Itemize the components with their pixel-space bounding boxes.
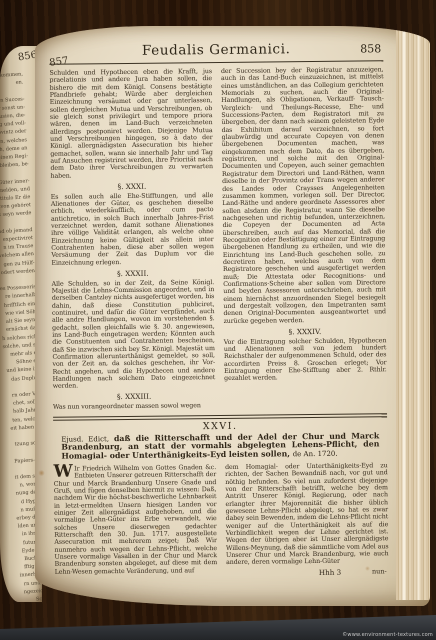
- upper-text-columns: Schulden und Hypothecen eben die Krafft,…: [49, 66, 387, 411]
- running-title: Feudalis Germanici.: [49, 40, 383, 59]
- section-heading-xxxii: §. XXXII.: [52, 268, 215, 279]
- watermark-text: ©www.environment-textures.com: [342, 632, 433, 638]
- page-fore-edge: [396, 30, 430, 600]
- lower-text-columns: WIr Friedrich Wilhelm von Gottes Gnaden …: [54, 462, 389, 579]
- page-header: 857 Feudalis Germanici. 858: [49, 40, 383, 60]
- paragraph: Vor die Eintragung solcher Schulden, Hyp…: [224, 337, 387, 383]
- page-content: 857 Feudalis Germanici. 858 Schulden und…: [49, 40, 389, 589]
- left-column: Schulden und Hypothecen eben die Krafft,…: [49, 68, 215, 411]
- page-footer: Hhh 3 nun-: [226, 567, 389, 578]
- paragraph: Was nun vorangeordneter massen sowol weg…: [53, 402, 216, 411]
- left-column-lower: WIr Friedrich Wilhelm von Gottes Gnaden …: [54, 464, 218, 580]
- edict-title-date: de An. 1720.: [293, 450, 338, 458]
- page-number-right: 858: [360, 42, 381, 55]
- paragraph: der Succession bey der Registratur anzuz…: [221, 66, 386, 325]
- section-heading-xxxi: §. XXXI.: [51, 181, 214, 192]
- body-left-text: Ir Friedrich Wilhelm von Gottes Gnaden &…: [54, 464, 217, 576]
- signature-mark: Hhh 3: [319, 568, 341, 577]
- book-photo-scene: 856 ion kommen,en. igen Succes-ller sons…: [0, 0, 436, 640]
- paragraph: WIr Friedrich Wilhelm von Gottes Gnaden …: [54, 464, 218, 576]
- header-rule: [49, 60, 383, 64]
- book-page: 857 Feudalis Germanici. 858 Schulden und…: [35, 26, 430, 606]
- catchword: nun-: [372, 567, 387, 575]
- section-heading-xxxiii: §. XXXIII.: [53, 391, 216, 402]
- paragraph: Schulden und Hypothecen eben die Krafft,…: [49, 68, 213, 180]
- right-column-lower: dem Homagial- oder Unterthänigkeits-Eyd …: [225, 462, 389, 578]
- paragraph: dem Homagial- oder Unterthänigkeits-Eyd …: [225, 462, 389, 567]
- drop-cap: W: [54, 466, 75, 480]
- paragraph: Alle Schulden, so in der Zeit, da Seine …: [52, 279, 216, 391]
- right-column: der Succession bey der Registratur anzuz…: [221, 66, 387, 409]
- edict-title: Ejusd. Edict, daß die Ritterschafft und …: [53, 432, 387, 462]
- paragraph: Es sollen auch alle Ehe-Stifftungen, und…: [51, 192, 214, 267]
- section-heading-xxxiv: §. XXXIV.: [224, 326, 387, 337]
